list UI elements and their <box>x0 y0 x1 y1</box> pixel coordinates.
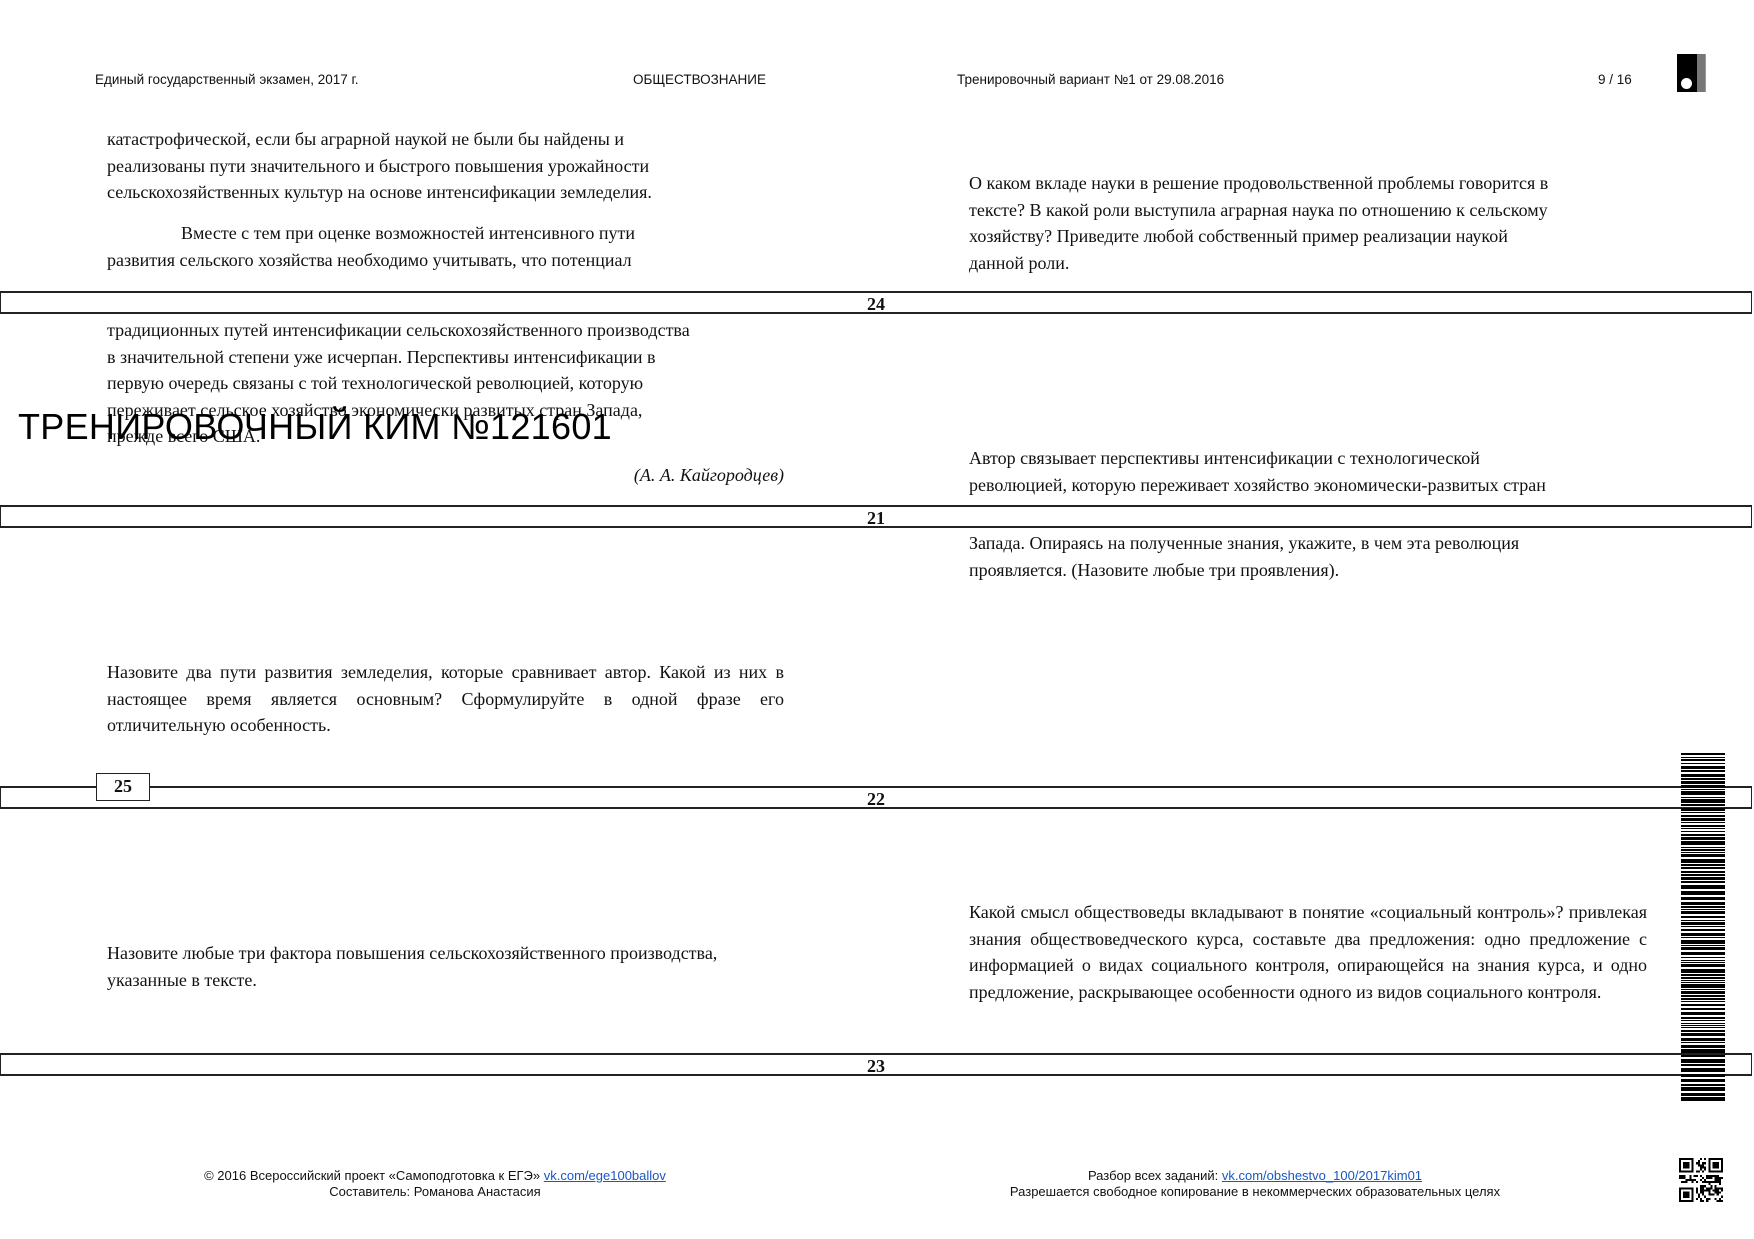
question-number-box: 25 <box>96 773 150 801</box>
page-corner-icon <box>1677 54 1705 92</box>
text-line: развития сельского хозяйства необходимо … <box>107 247 787 274</box>
footer-analysis-label: Разбор всех заданий: <box>1088 1168 1218 1183</box>
footer-license: Разрешается свободное копирование в неко… <box>880 1184 1630 1200</box>
answer-bar-23[interactable]: 23 <box>0 1053 1752 1076</box>
question-21-text: Назовите два пути развития земледелия, к… <box>107 659 784 739</box>
text-line: проявляется. (Назовите любые три проявле… <box>969 557 1669 584</box>
watermark: ТРЕНИРОВОЧНЫЙ КИМ №121601 <box>18 406 612 448</box>
question-22-text: Назовите любые три фактора повышения сел… <box>107 940 747 993</box>
text-line: сельскохозяйственных культур на основе и… <box>107 179 787 206</box>
text-line: тексте? В какой роли выступила аграрная … <box>969 197 1649 224</box>
text-line: хозяйству? Приведите любой собственный п… <box>969 223 1649 250</box>
footer-copyright: © 2016 Всероссийский проект «Самоподгото… <box>204 1168 540 1183</box>
question-23-text: О каком вкладе науки в решение продоволь… <box>969 170 1649 276</box>
question-25-text: Какой смысл обществоведы вкладывают в по… <box>969 899 1647 1005</box>
text-line: данной роли. <box>969 250 1649 277</box>
text-line: Вместе с тем при оценке возможностей инт… <box>107 220 787 247</box>
header-exam-title: Единый государственный экзамен, 2017 г. <box>95 72 359 87</box>
answer-bar-24[interactable]: 24 <box>0 291 1752 314</box>
qr-code-icon <box>1679 1158 1723 1202</box>
answer-bar-number: 23 <box>1 1056 1751 1076</box>
answer-bar-number: 21 <box>1 508 1751 528</box>
footer-left: © 2016 Всероссийский проект «Самоподгото… <box>0 1168 870 1200</box>
text-line: Автор связывает перспективы интенсификац… <box>969 445 1669 472</box>
text-paragraph-1: катастрофической, если бы аграрной науко… <box>107 126 787 206</box>
answer-bar-21[interactable]: 21 <box>0 505 1752 528</box>
question-24-text-part2: Запада. Опираясь на полученные знания, у… <box>969 530 1669 583</box>
footer-copyright-link[interactable]: vk.com/ege100ballov <box>544 1168 666 1183</box>
answer-bar-22[interactable]: 22 <box>0 786 1752 809</box>
text-line: катастрофической, если бы аграрной науко… <box>107 126 787 153</box>
text-line: реализованы пути значительного и быстрог… <box>107 153 787 180</box>
text-line: традиционных путей интенсификации сельск… <box>107 317 807 344</box>
footer-right: Разбор всех заданий: vk.com/obshestvo_10… <box>880 1168 1630 1200</box>
header-variant: Тренировочный вариант №1 от 29.08.2016 <box>957 72 1224 87</box>
footer-author: Составитель: Романова Анастасия <box>0 1184 870 1200</box>
text-line: в значительной степени уже исчерпан. Пер… <box>107 344 807 371</box>
question-24-text-part1: Автор связывает перспективы интенсификац… <box>969 445 1669 498</box>
answer-bar-number: 22 <box>1 789 1751 809</box>
text-line: О каком вкладе науки в решение продоволь… <box>969 170 1649 197</box>
answer-bar-number: 24 <box>1 294 1751 314</box>
text-line: первую очередь связаны с той технологиче… <box>107 370 807 397</box>
barcode-icon <box>1681 753 1725 1101</box>
text-line: Запада. Опираясь на полученные знания, у… <box>969 530 1669 557</box>
header-subject: ОБЩЕСТВОЗНАНИЕ <box>633 72 766 87</box>
text-line: революцией, которую переживает хозяйство… <box>969 472 1669 499</box>
header-page-number: 9 / 16 <box>1598 72 1632 87</box>
text-paragraph-2: Вместе с тем при оценке возможностей инт… <box>107 220 787 273</box>
text-author: (А. А. Кайгородцев) <box>500 462 784 489</box>
footer-analysis-link[interactable]: vk.com/obshestvo_100/2017kim01 <box>1222 1168 1422 1183</box>
